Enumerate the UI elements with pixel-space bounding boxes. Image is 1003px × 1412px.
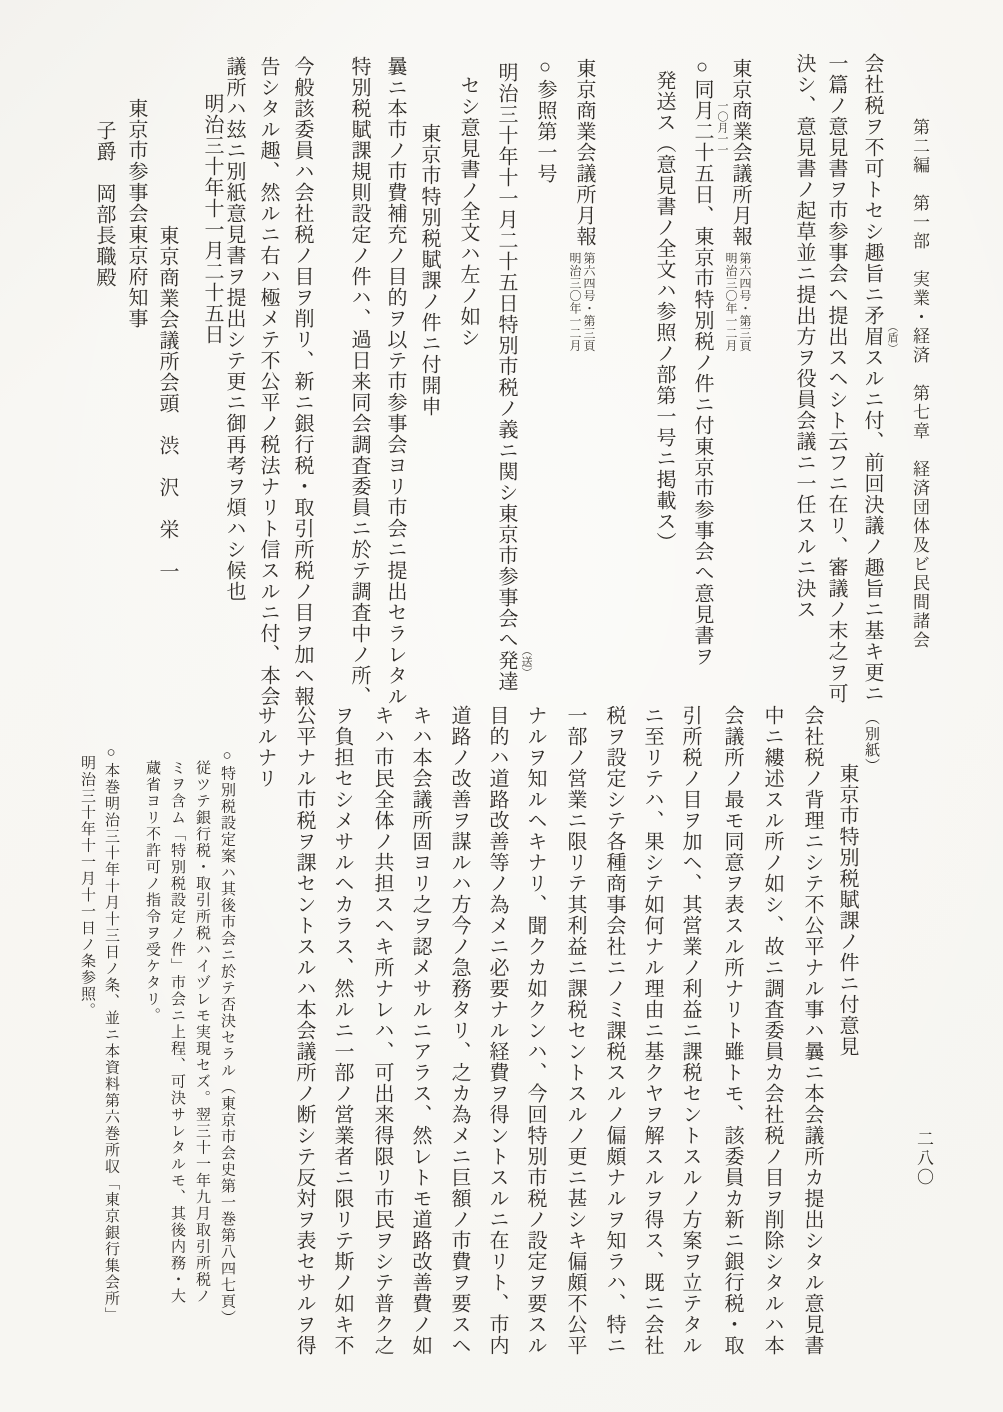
text-column: ヲ負担セシメサルヘカラス、然ルニ一部ノ営業者ニ限リテ斯ノ如キ不 [330,705,353,1356]
text-column: 第六四号・第三頁 [582,252,596,352]
text-column: 明治三〇年一二月 [724,252,738,352]
text-column: 明治三十年十一月二十五日特別市税ノ義ニ関シ東京市参事会へ発達（送） [494,62,517,692]
text-column: 東京商業会議所月報 [572,58,595,247]
editorial-annotation: 一〇月一一 [716,100,728,155]
page-header: 第二編 第一部 実業・経済 第七章 経済団体及ビ民間諸会 [908,118,930,650]
text-column: ○本巻明治三十年十月十三日ノ条、並ニ本資料第六巻所収「東京銀行集会所」 [102,745,120,1324]
text-column: 会社税ヲ不可トセシ趣旨ニ矛眉スルニ付、前回決議ノ趣旨ニ基キ更ニ（盾） [860,53,883,704]
text-column: サルナリ [253,705,276,789]
text-column: 第六四号・第三頁 [738,252,752,352]
text-column: 一部ノ営業ニ限リテ其利益ニ課税セントスルノ更ニ甚シキ偏頗不公平 [563,705,586,1356]
text-column: 告シタル趣、然ルニ右ハ極メテ不公平ノ税法ナリト信スルニ付、本会 [256,56,279,707]
text-column: 会議所ノ最モ同意ヲ表スル所ナリト雖トモ、該委員カ新ニ銀行税・取 [720,705,743,1356]
text-column: 会社税ノ背理ニシテ不公平ナル事ハ曩ニ本会議所カ提出シタル意見書 [800,705,823,1356]
text-column: 従ツテ銀行税・取引所税ハイヅレモ実現セズ。翌三十一年九月取引所税ノ [193,760,211,1305]
text-column: 東京市特別税賦課ノ件ニ付意見 [835,763,858,1057]
text-column: ○同月二十五日、東京市特別税ノ件ニ付東京市参事会へ意見書ヲ一〇月一一 [690,56,713,667]
page-number: 二八〇 [912,1130,934,1187]
text-column: 特別税賦課規則設定ノ件ハ、過日来同会調査委員ニ於テ調査中ノ所、 [347,56,370,707]
text-column: 議所ハ玆ニ別紙意見書ヲ提出シテ更ニ御再考ヲ煩ハシ候也 [222,56,245,602]
text-column: 東京市特別税賦課ノ件ニ付開申 [417,123,440,417]
text-column: 東京商業会議所会頭 渋 沢 栄 一 [155,225,178,582]
text-column: ミヲ含ム「特別税設定ノ件」市会ニ上程、可決サレタルモ、其後内務・大 [168,760,186,1305]
text-column: 明治三十年十一月二十五日 [200,93,223,345]
text-column: 今般該委員ハ会社税ノ目ヲ削リ、新ニ銀行税・取引所税ノ目ヲ加ヘ報 [290,56,313,707]
text-column: 公平ナル市税ヲ課セントスルハ本会議所ノ断シテ反対ヲ表セサルヲ得 [292,705,315,1356]
text-column: 子爵 岡部長職殿 [92,120,115,288]
text-column: ○参照第一号 [533,56,556,184]
text-column: （別紙） [862,710,880,774]
text-column: キハ本会議所固ヨリ之ヲ認メサルニアラス、然レトモ道路改善費ノ如 [408,705,431,1356]
text-column: 中ニ縷述スル所ノ如シ、故ニ調査委員カ会社税ノ目ヲ削除シタルハ本 [760,705,783,1356]
text-column: 東京商業会議所月報 [728,58,751,247]
text-column: 蔵省ヨリ不許可ノ指令ヲ受ケタリ。 [143,760,161,1024]
text-column: 明治三〇年一二月 [568,252,582,352]
text-column: ニ至リテハ、果シテ如何ナル理由ニ基クヤヲ解スルヲ得ス、既ニ会社 [640,705,663,1356]
text-column: 一篇ノ意見書ヲ市参事会へ提出スヘシト云フニ在リ、審議ノ末之ヲ可 [824,53,847,704]
text-column: 税ヲ設定シテ各種商事会社ニノミ課税スルノ偏頗ナルヲ知ラハ、特ニ [602,705,625,1356]
text-column: 東京市参事会東京府知事 [124,98,147,329]
text-column: 決シ、意見書ノ起草並ニ提出方ヲ役員会議ニ一任スルニ決ス [792,53,815,620]
document-page: 第二編 第一部 実業・経済 第七章 経済団体及ビ民間諸会 二八〇 会社税ヲ不可ト… [0,0,1003,1412]
text-column: 曩ニ本市ノ市費補充ノ目的ヲ以テ市参事会ヨリ市会ニ提出セラレタル [383,56,406,707]
text-column: キハ市民全体ノ共担スヘキ所ナレハ、可出来得限リ市民ヲシテ普ク之 [370,705,393,1356]
editorial-annotation: （盾） [886,321,898,354]
text-column: ○特別税設定案ハ其後市会ニ於テ否決セラル（東京市会史第一巻第八四七頁） [218,748,236,1327]
editorial-annotation: （送） [520,645,532,678]
text-column: 引所税ノ目ヲ加ヘ、其営業ノ利益ニ課税セントスルノ方案ヲ立テタル [678,705,701,1356]
text-column: 明治三十年十一月十一日ノ条参照。 [78,755,96,1019]
text-column: 発送ス（意見書ノ全文ハ参照ノ部第一号ニ掲載ス） [652,70,675,553]
text-column: ナルヲ知ルヘキナリ、聞クカ如クンハ、今回特別市税ノ設定ヲ要スル [523,705,546,1356]
text-column: 目的ハ道路改善等ノ為メニ必要ナル経費ヲ得ントスルニ在リト、市内 [485,705,508,1356]
text-column: 道路ノ改善ヲ謀ルハ方今ノ急務タリ、之カ為メニ巨額ノ市費ヲ要スヘ [447,705,470,1356]
text-column: セシ意見書ノ全文ハ左ノ如シ [456,75,479,348]
